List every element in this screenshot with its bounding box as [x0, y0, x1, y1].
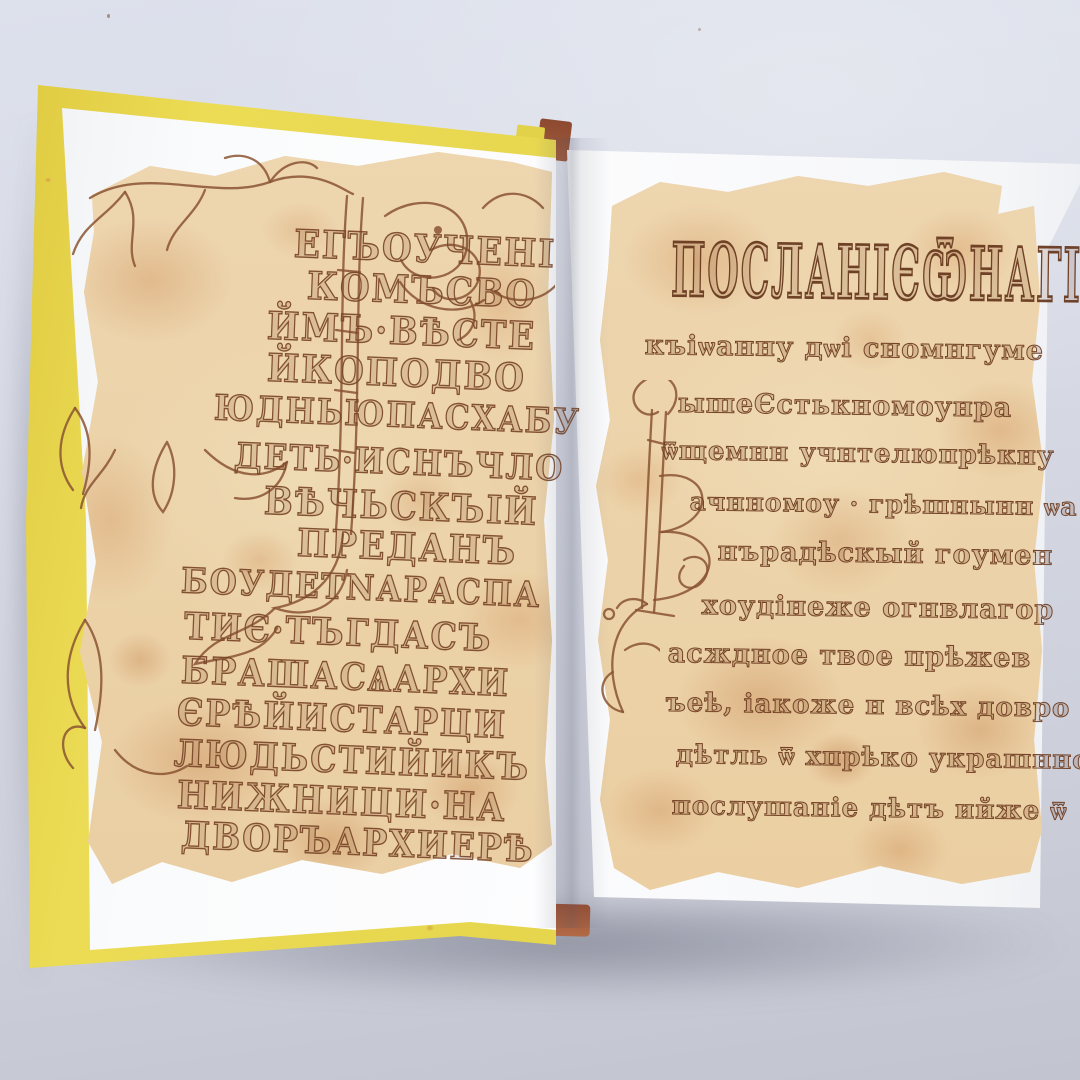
manuscript-line: нърадѣскый гоумен [718, 536, 1054, 572]
manuscript-line: хоудінеже огнвлагор [702, 590, 1055, 626]
dust-speck [698, 28, 701, 31]
manuscript-line: дѣтль ѿ хпрѣко украшнное [676, 740, 1080, 776]
manuscript-line: къіѡанну дѡі сномнгуме [645, 330, 1045, 367]
manuscript-line: асждное твое прѣжев [668, 638, 1032, 674]
manuscript-line: ъеѣ, іакоже н всѣх довро [666, 688, 1071, 724]
dust-speck [107, 14, 110, 18]
manuscript-title: ПОСЛАНІЄѾНАГІ [671, 228, 1080, 320]
manuscript-line: послушаніе дѣтъ ийже ѿ [672, 791, 1068, 827]
scroll-flourish-icon [585, 592, 660, 732]
manuscript-line: ышеЄстькномоунра [678, 388, 1013, 424]
manuscript-line: ачнномоу · грѣшнынн ѡа · [690, 487, 1080, 523]
photo-scene: ЕГЪОУЧЕНІ КОМЪСВО ЙМЪ·ВѢСТЕ ЙКОПОДВО ЮДН… [0, 0, 1080, 1080]
manuscript-line: ѿщемнн учнтелюпрѣкну [662, 436, 1055, 471]
